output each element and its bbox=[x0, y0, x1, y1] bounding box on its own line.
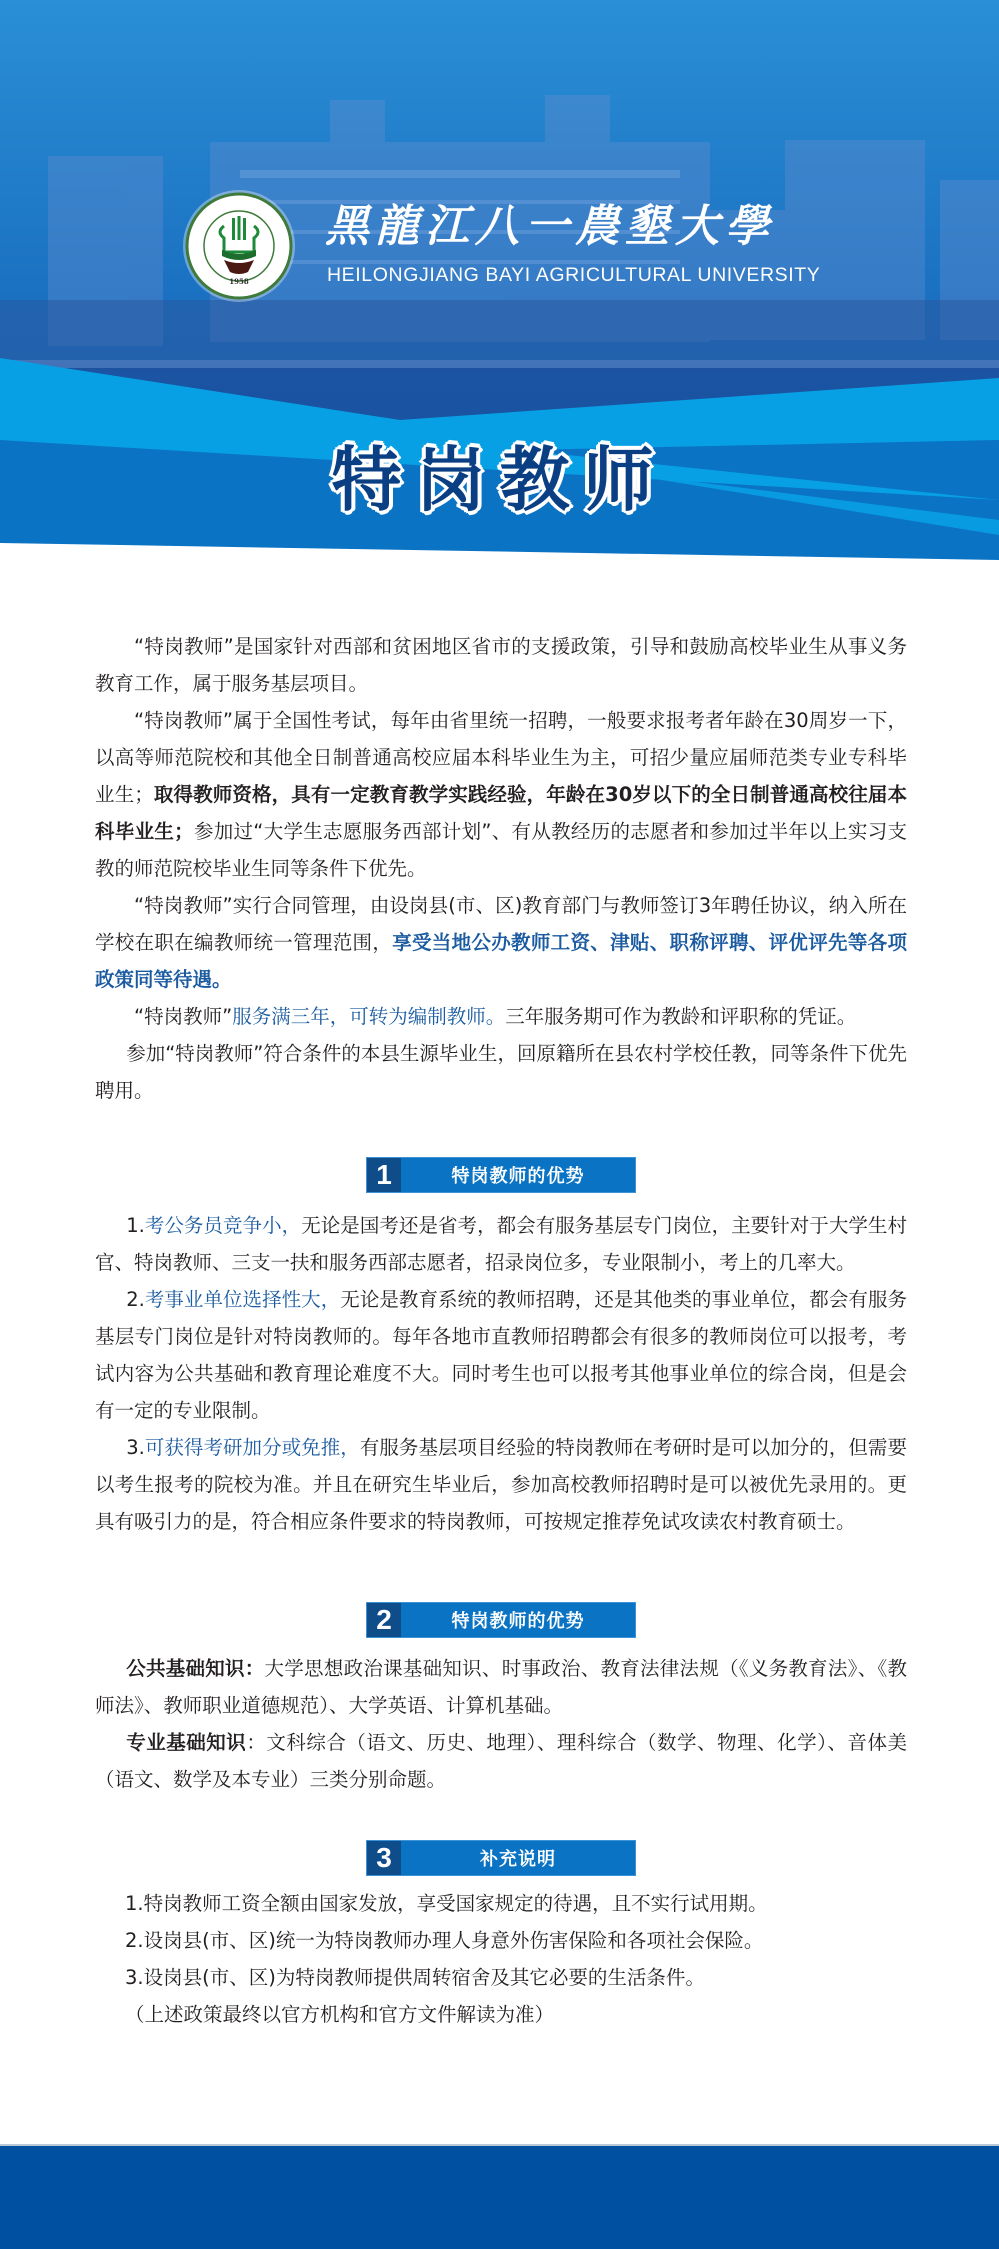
advantage-item-3: 3.可获得考研加分或免推，有服务基层项目经验的特岗教师在考研时是可以加分的，但需… bbox=[95, 1429, 907, 1540]
section-1-body: 1.考公务员竞争小，无论是国考还是省考，都会有服务基层专门岗位，主要针对于大学生… bbox=[95, 1207, 907, 1540]
header-banner: 1958 黑龍江八一農墾大學 HEILONGJIANG BAYI AGRICUL… bbox=[0, 0, 999, 565]
intro-p4-highlight: 服务满三年，可转为编制教师。 bbox=[232, 1005, 505, 1028]
university-name-english: HEILONGJIANG BAYI AGRICULTURAL UNIVERSIT… bbox=[327, 266, 820, 286]
knowledge-label: 公共基础知识： bbox=[126, 1657, 264, 1680]
intro-p4-text: 三年服务期可作为教龄和评职称的凭证。 bbox=[505, 1005, 856, 1028]
section-3-body: 1.特岗教师工资全额由国家发放，享受国家规定的待遇，且不实行试用期。 2.设岗县… bbox=[125, 1885, 905, 2033]
section-header-2: 2 特岗教师的优势 bbox=[366, 1602, 636, 1638]
item-prefix: 2. bbox=[126, 1288, 145, 1311]
note-item-3: 3.设岗县(市、区)为特岗教师提供周转宿舍及其它必要的生活条件。 bbox=[125, 1959, 905, 1996]
section-title-1: 特岗教师的优势 bbox=[401, 1158, 635, 1192]
note-item-2: 2.设岗县(市、区)统一为特岗教师办理人身意外伤害保险和各项社会保险。 bbox=[125, 1922, 905, 1959]
knowledge-item-1: 公共基础知识：大学思想政治课基础知识、时事政治、教育法律法规（《义务教育法》、《… bbox=[95, 1650, 907, 1724]
university-logo: 1958 bbox=[180, 188, 298, 304]
item-prefix: 1. bbox=[126, 1214, 145, 1237]
item-highlight: 考公务员竞争小， bbox=[145, 1214, 301, 1237]
intro-paragraph-1: “特岗教师”是国家针对西部和贫困地区省市的支援政策，引导和鼓励高校毕业生从事义务… bbox=[95, 628, 907, 702]
intro-paragraph-4: “特岗教师”服务满三年，可转为编制教师。三年服务期可作为教龄和评职称的凭证。 bbox=[95, 998, 907, 1035]
note-item-1: 1.特岗教师工资全额由国家发放，享受国家规定的待遇，且不实行试用期。 bbox=[125, 1885, 905, 1922]
note-disclaimer: （上述政策最终以官方机构和官方文件解读为准） bbox=[125, 1996, 905, 2033]
section-number-3: 3 bbox=[367, 1841, 401, 1875]
section-number-2: 2 bbox=[367, 1603, 401, 1637]
section-title-3: 补充说明 bbox=[401, 1841, 635, 1875]
section-number-1: 1 bbox=[367, 1158, 401, 1192]
intro-section: “特岗教师”是国家针对西部和贫困地区省市的支援政策，引导和鼓励高校毕业生从事义务… bbox=[95, 628, 907, 1109]
section-header-3: 3 补充说明 bbox=[366, 1840, 636, 1876]
intro-p2-text-end: 参加过“大学生志愿服务西部计划”、有从教经历的志愿者和参加过半年以上实习支教的师… bbox=[95, 820, 907, 880]
item-prefix: 3. bbox=[126, 1436, 145, 1459]
intro-paragraph-5: 参加“特岗教师”符合条件的本县生源毕业生，回原籍所在县农村学校任教，同等条件下优… bbox=[95, 1035, 907, 1109]
page-title: 特岗教师 bbox=[0, 445, 999, 515]
intro-paragraph-3: “特岗教师”实行合同管理，由设岗县(市、区)教育部门与教师签订3年聘任协议，纳入… bbox=[95, 887, 907, 998]
intro-p4-lead: “特岗教师” bbox=[134, 1005, 232, 1028]
knowledge-item-2: 专业基础知识：文科综合（语文、历史、地理）、理科综合（数学、物理、化学）、音体美… bbox=[95, 1724, 907, 1798]
section-title-2: 特岗教师的优势 bbox=[401, 1603, 635, 1637]
section-2-body: 公共基础知识：大学思想政治课基础知识、时事政治、教育法律法规（《义务教育法》、《… bbox=[95, 1650, 907, 1798]
item-highlight: 考事业单位选择性大， bbox=[145, 1288, 340, 1311]
knowledge-label: 专业基础知识 bbox=[126, 1731, 246, 1754]
svg-text:1958: 1958 bbox=[229, 277, 249, 286]
university-name-chinese: 黑龍江八一農墾大學 bbox=[325, 205, 775, 249]
item-highlight: 可获得考研加分或免推， bbox=[145, 1436, 360, 1459]
section-header-1: 1 特岗教师的优势 bbox=[366, 1157, 636, 1193]
advantage-item-1: 1.考公务员竞争小，无论是国考还是省考，都会有服务基层专门岗位，主要针对于大学生… bbox=[95, 1207, 907, 1281]
footer-band bbox=[0, 2144, 999, 2249]
logo-emblem-icon: 1958 bbox=[180, 188, 298, 304]
advantage-item-2: 2.考事业单位选择性大，无论是教育系统的教师招聘，还是其他类的事业单位，都会有服… bbox=[95, 1281, 907, 1429]
intro-paragraph-2: “特岗教师”属于全国性考试，每年由省里统一招聘，一般要求报考者年龄在30周岁一下… bbox=[95, 702, 907, 887]
